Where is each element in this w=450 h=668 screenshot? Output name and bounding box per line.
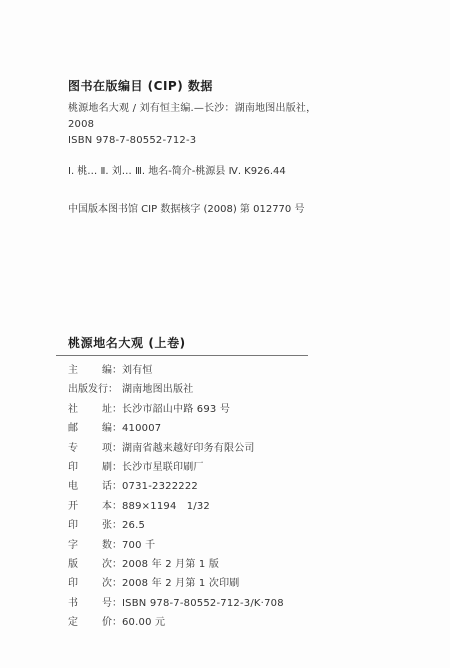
row-value: 2008 年 2 月第 1 次印刷: [122, 574, 239, 589]
cip-line-year: 2008: [68, 117, 398, 133]
row-label: 定价：: [68, 613, 122, 628]
row-label: 专项：: [68, 439, 122, 454]
cip-record-number: 中国版本图书馆 CIP 数据核字 (2008) 第 012770 号: [68, 203, 304, 217]
row-label: 印刷：: [68, 458, 122, 473]
row-value: 889×1194 1/32: [122, 497, 210, 512]
row-label: 主编：: [68, 361, 122, 376]
row-sheets: 印张： 26.5: [68, 516, 308, 535]
row-label: 邮编：: [68, 419, 122, 434]
colophon: 桃源地名大观 (上卷) 主编： 刘有恒 出版发行： 湖南地图出版社 社址： 长沙…: [56, 336, 308, 632]
cip-title: 图书在版编目 (CIP) 数据: [68, 79, 398, 93]
row-label: 开本：: [68, 497, 122, 512]
cip-classification: Ⅰ. 桃… Ⅱ. 刘… Ⅲ. 地名-简介-桃源县 Ⅳ. K926.44: [68, 165, 286, 179]
row-label: 出版发行：: [68, 380, 122, 395]
row-address: 社址： 长沙市韶山中路 693 号: [68, 400, 308, 419]
row-value: ISBN 978-7-80552-712-3/K·708: [122, 598, 284, 609]
row-value: 湖南地图出版社: [122, 380, 193, 395]
row-value: 长沙市韶山中路 693 号: [122, 400, 230, 415]
book-title: 桃源地名大观 (上卷): [56, 336, 308, 351]
row-publisher: 出版发行： 湖南地图出版社: [68, 380, 308, 399]
cip-line-title-author: 桃源地名大观 / 刘有恒主编.—长沙：湖南地图出版社，: [68, 101, 398, 117]
row-label: 电话：: [68, 477, 122, 492]
colophon-rows: 主编： 刘有恒 出版发行： 湖南地图出版社 社址： 长沙市韶山中路 693 号 …: [56, 361, 308, 632]
row-price: 定价： 60.00 元: [68, 613, 308, 632]
row-value: 60.00 元: [122, 613, 165, 628]
cip-data-block: 图书在版编目 (CIP) 数据 桃源地名大观 / 刘有恒主编.—长沙：湖南地图出…: [68, 79, 398, 149]
row-label: 印次：: [68, 574, 122, 589]
row-isbn: 书号： ISBN 978-7-80552-712-3/K·708: [68, 594, 308, 613]
row-label: 版次：: [68, 555, 122, 570]
cip-line-isbn: ISBN 978-7-80552-712-3: [68, 133, 398, 149]
divider: [56, 355, 308, 356]
row-label: 印张：: [68, 516, 122, 531]
row-value: 长沙市星联印刷厂: [122, 458, 204, 473]
row-value: 26.5: [122, 520, 145, 531]
row-label: 书号：: [68, 594, 122, 609]
row-value: 湖南省越来越好印务有限公司: [122, 439, 255, 454]
row-label: 字数：: [68, 536, 122, 551]
row-format: 开本： 889×1194 1/32: [68, 497, 308, 516]
row-phone: 电话： 0731-2322222: [68, 477, 308, 496]
row-editor: 主编： 刘有恒: [68, 361, 308, 380]
row-value: 700 千: [122, 536, 155, 551]
copyright-page: 图书在版编目 (CIP) 数据 桃源地名大观 / 刘有恒主编.—长沙：湖南地图出…: [0, 0, 450, 668]
row-printer: 印刷： 长沙市星联印刷厂: [68, 458, 308, 477]
row-label: 社址：: [68, 400, 122, 415]
row-value: 0731-2322222: [122, 481, 198, 492]
row-special: 专项： 湖南省越来越好印务有限公司: [68, 439, 308, 458]
row-value: 刘有恒: [122, 361, 153, 376]
row-value: 2008 年 2 月第 1 版: [122, 555, 219, 570]
row-edition: 版次： 2008 年 2 月第 1 版: [68, 555, 308, 574]
row-value: 410007: [122, 423, 161, 434]
row-printing: 印次： 2008 年 2 月第 1 次印刷: [68, 574, 308, 593]
row-word-count: 字数： 700 千: [68, 536, 308, 555]
row-postcode: 邮编： 410007: [68, 419, 308, 438]
